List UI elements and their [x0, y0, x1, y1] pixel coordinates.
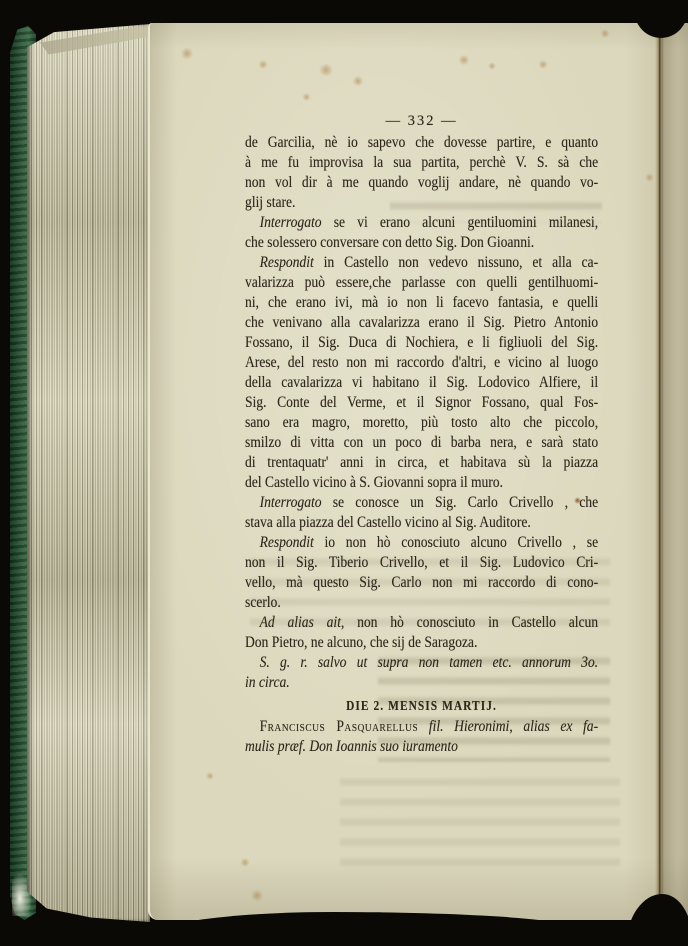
- foxing-spot: [250, 890, 264, 901]
- page-text: de Garcilia, nè io sapevo che dovesse pa…: [245, 133, 598, 757]
- text-line-12: Arese, del resto non mi raccordo d'altri…: [245, 353, 598, 373]
- text-segment: scerlo.: [245, 594, 281, 611]
- text-segment: mulis præf. Don Ioannis suo iuramento: [245, 738, 458, 755]
- text-line-21: Respondit io non hò conosciuto alcuno Cr…: [245, 533, 598, 553]
- text-line-10: che venivano alla cavalarizza erano il S…: [245, 313, 598, 333]
- text-segment: Fossano, il Sig. Duca di Nochiera, e li …: [245, 334, 598, 351]
- foxing-spot: [538, 60, 548, 69]
- text-segment: smilzo di vitta con un poco di barba ner…: [245, 434, 598, 451]
- text-segment: Interrogato: [260, 494, 322, 511]
- text-segment: S. g. r. salvo ut supra non tamen etc. a…: [260, 654, 599, 671]
- text-segment: glij stare.: [245, 194, 295, 211]
- text-segment: à me fu improvisa la sua partita, perchè…: [245, 154, 598, 171]
- text-segment: , non hò conosciuto in Castello alcun: [341, 614, 598, 631]
- text-segment: Don Pietro, ne alcuno, che sij de Sarago…: [245, 634, 477, 651]
- text-segment: vello, mà questo Sig. Carlo non mi racco…: [245, 574, 598, 591]
- text-line-20: stava alla piazza del Castello vicino al…: [245, 513, 598, 533]
- foxing-spot: [645, 173, 654, 182]
- text-line-7: Respondit in Castello non vedevo nissuno…: [245, 253, 598, 273]
- text-line-25: Ad alias ait, non hò conosciuto in Caste…: [245, 613, 598, 633]
- text-line-29: DIE 2. MENSIS MARTIJ.: [245, 695, 598, 717]
- text-segment: della cavalarizza vi habitano il Sig. Lo…: [245, 374, 598, 391]
- book-page: — 332 — de Garcilia, nè io sapevo che do…: [148, 23, 688, 920]
- text-line-1: de Garcilia, nè io sapevo che dovesse pa…: [245, 133, 598, 153]
- text-segment: se vi erano alcuni gentiluomini milanesi…: [322, 214, 599, 231]
- text-segment: Respondit: [260, 534, 314, 551]
- foxing-spot: [488, 62, 496, 70]
- scanned-book-photo: { "palette": { "background": "#0b0906", …: [0, 0, 688, 946]
- foxing-spot: [302, 93, 311, 101]
- text-line-2: à me fu improvisa la sua partita, perchè…: [245, 153, 598, 173]
- text-segment: che venivano alla cavalarizza erano il S…: [245, 314, 598, 331]
- text-segment: di trentaquatr' anni in circa, et habita…: [245, 454, 598, 471]
- text-segment: non il Sig. Tiberio Crivello, et il Sig.…: [245, 554, 598, 571]
- text-line-30: Franciscus Pasquarellus fil. Hieronimi, …: [245, 717, 598, 737]
- text-line-31: mulis præf. Don Ioannis suo iuramento: [245, 737, 598, 757]
- text-line-15: sano era magro, moretto, più tosto alto …: [245, 413, 598, 433]
- text-segment: ni, che erano ivi, mà io non li facevo f…: [245, 294, 598, 311]
- text-line-11: Fossano, il Sig. Duca di Nochiera, e li …: [245, 333, 598, 353]
- text-segment: Sig. Conte del Verme, et il Signor Fossa…: [245, 394, 598, 411]
- foxing-spot: [240, 858, 250, 867]
- text-line-22: non il Sig. Tiberio Crivello, et il Sig.…: [245, 553, 598, 573]
- text-segment: in circa.: [245, 674, 290, 691]
- text-line-9: ni, che erano ivi, mà io non li facevo f…: [245, 293, 598, 313]
- text-line-18: del Castello vicino à S. Giovanni sopra …: [245, 473, 598, 493]
- text-line-14: Sig. Conte del Verme, et il Signor Fossa…: [245, 393, 598, 413]
- text-segment: DIE 2. MENSIS MARTIJ.: [346, 698, 497, 713]
- text-segment: Interrogato: [260, 214, 322, 231]
- text-line-17: di trentaquatr' anni in circa, et habita…: [245, 453, 598, 473]
- text-block: — 332 — de Garcilia, nè io sapevo che do…: [245, 113, 598, 757]
- text-segment: che solessero conversare con detto Sig. …: [245, 234, 534, 251]
- text-line-23: vello, mà questo Sig. Carlo non mi racco…: [245, 573, 598, 593]
- text-segment: non vol dir à me quando voglij andare, n…: [245, 174, 598, 191]
- text-line-16: smilzo di vitta con un poco di barba ner…: [245, 433, 598, 453]
- text-segment: de Garcilia, nè io sapevo che dovesse pa…: [245, 134, 598, 151]
- text-segment: sano era magro, moretto, più tosto alto …: [245, 414, 598, 431]
- text-line-5: Interrogato se vi erano alcuni gentiluom…: [245, 213, 598, 233]
- text-line-6: che solessero conversare con detto Sig. …: [245, 233, 598, 253]
- foxing-spot: [318, 64, 334, 76]
- text-segment: fil. Hieronimi, alias ex fa-: [418, 718, 598, 735]
- text-line-19: Interrogato se conosce un Sig. Carlo Cri…: [245, 493, 598, 513]
- ink-bleedthrough: [340, 771, 620, 867]
- text-line-8: valarizza può essere,che parlasse con qu…: [245, 273, 598, 293]
- foxing-spot: [458, 55, 470, 65]
- text-segment: Respondit: [260, 254, 314, 271]
- text-segment: del Castello vicino à S. Giovanni sopra …: [245, 474, 503, 491]
- foxing-spot: [258, 60, 268, 69]
- text-segment: stava alla piazza del Castello vicino al…: [245, 514, 531, 531]
- page-number: — 332 —: [245, 113, 598, 133]
- text-line-3: non vol dir à me quando voglij andare, n…: [245, 173, 598, 193]
- text-line-27: S. g. r. salvo ut supra non tamen etc. a…: [245, 653, 598, 673]
- text-line-26: Don Pietro, ne alcuno, che sij de Sarago…: [245, 633, 598, 653]
- foxing-spot: [600, 29, 610, 38]
- text-segment: Arese, del resto non mi raccordo d'altri…: [245, 354, 598, 371]
- text-segment: Ad alias ait: [260, 614, 341, 631]
- facing-page-edge: [662, 23, 688, 920]
- foxing-spot: [206, 772, 214, 780]
- text-line-13: della cavalarizza vi habitano il Sig. Lo…: [245, 373, 598, 393]
- page-stack-fore-edge: [27, 24, 150, 922]
- text-line-28: in circa.: [245, 673, 598, 693]
- text-segment: Franciscus Pasquarellus: [260, 718, 419, 735]
- book-scan: — 332 — de Garcilia, nè io sapevo che do…: [0, 0, 688, 946]
- text-line-24: scerlo.: [245, 593, 598, 613]
- text-line-4: glij stare.: [245, 193, 598, 213]
- text-segment: io non hò conosciuto alcuno Crivello , s…: [314, 534, 598, 551]
- text-segment: in Castello non vedevo nissuno, et alla …: [314, 254, 598, 271]
- text-segment: valarizza può essere,che parlasse con qu…: [245, 274, 598, 291]
- foxing-spot: [180, 48, 194, 59]
- text-segment: se conosce un Sig. Carlo Crivello , che: [322, 494, 599, 511]
- foxing-spot: [352, 76, 364, 86]
